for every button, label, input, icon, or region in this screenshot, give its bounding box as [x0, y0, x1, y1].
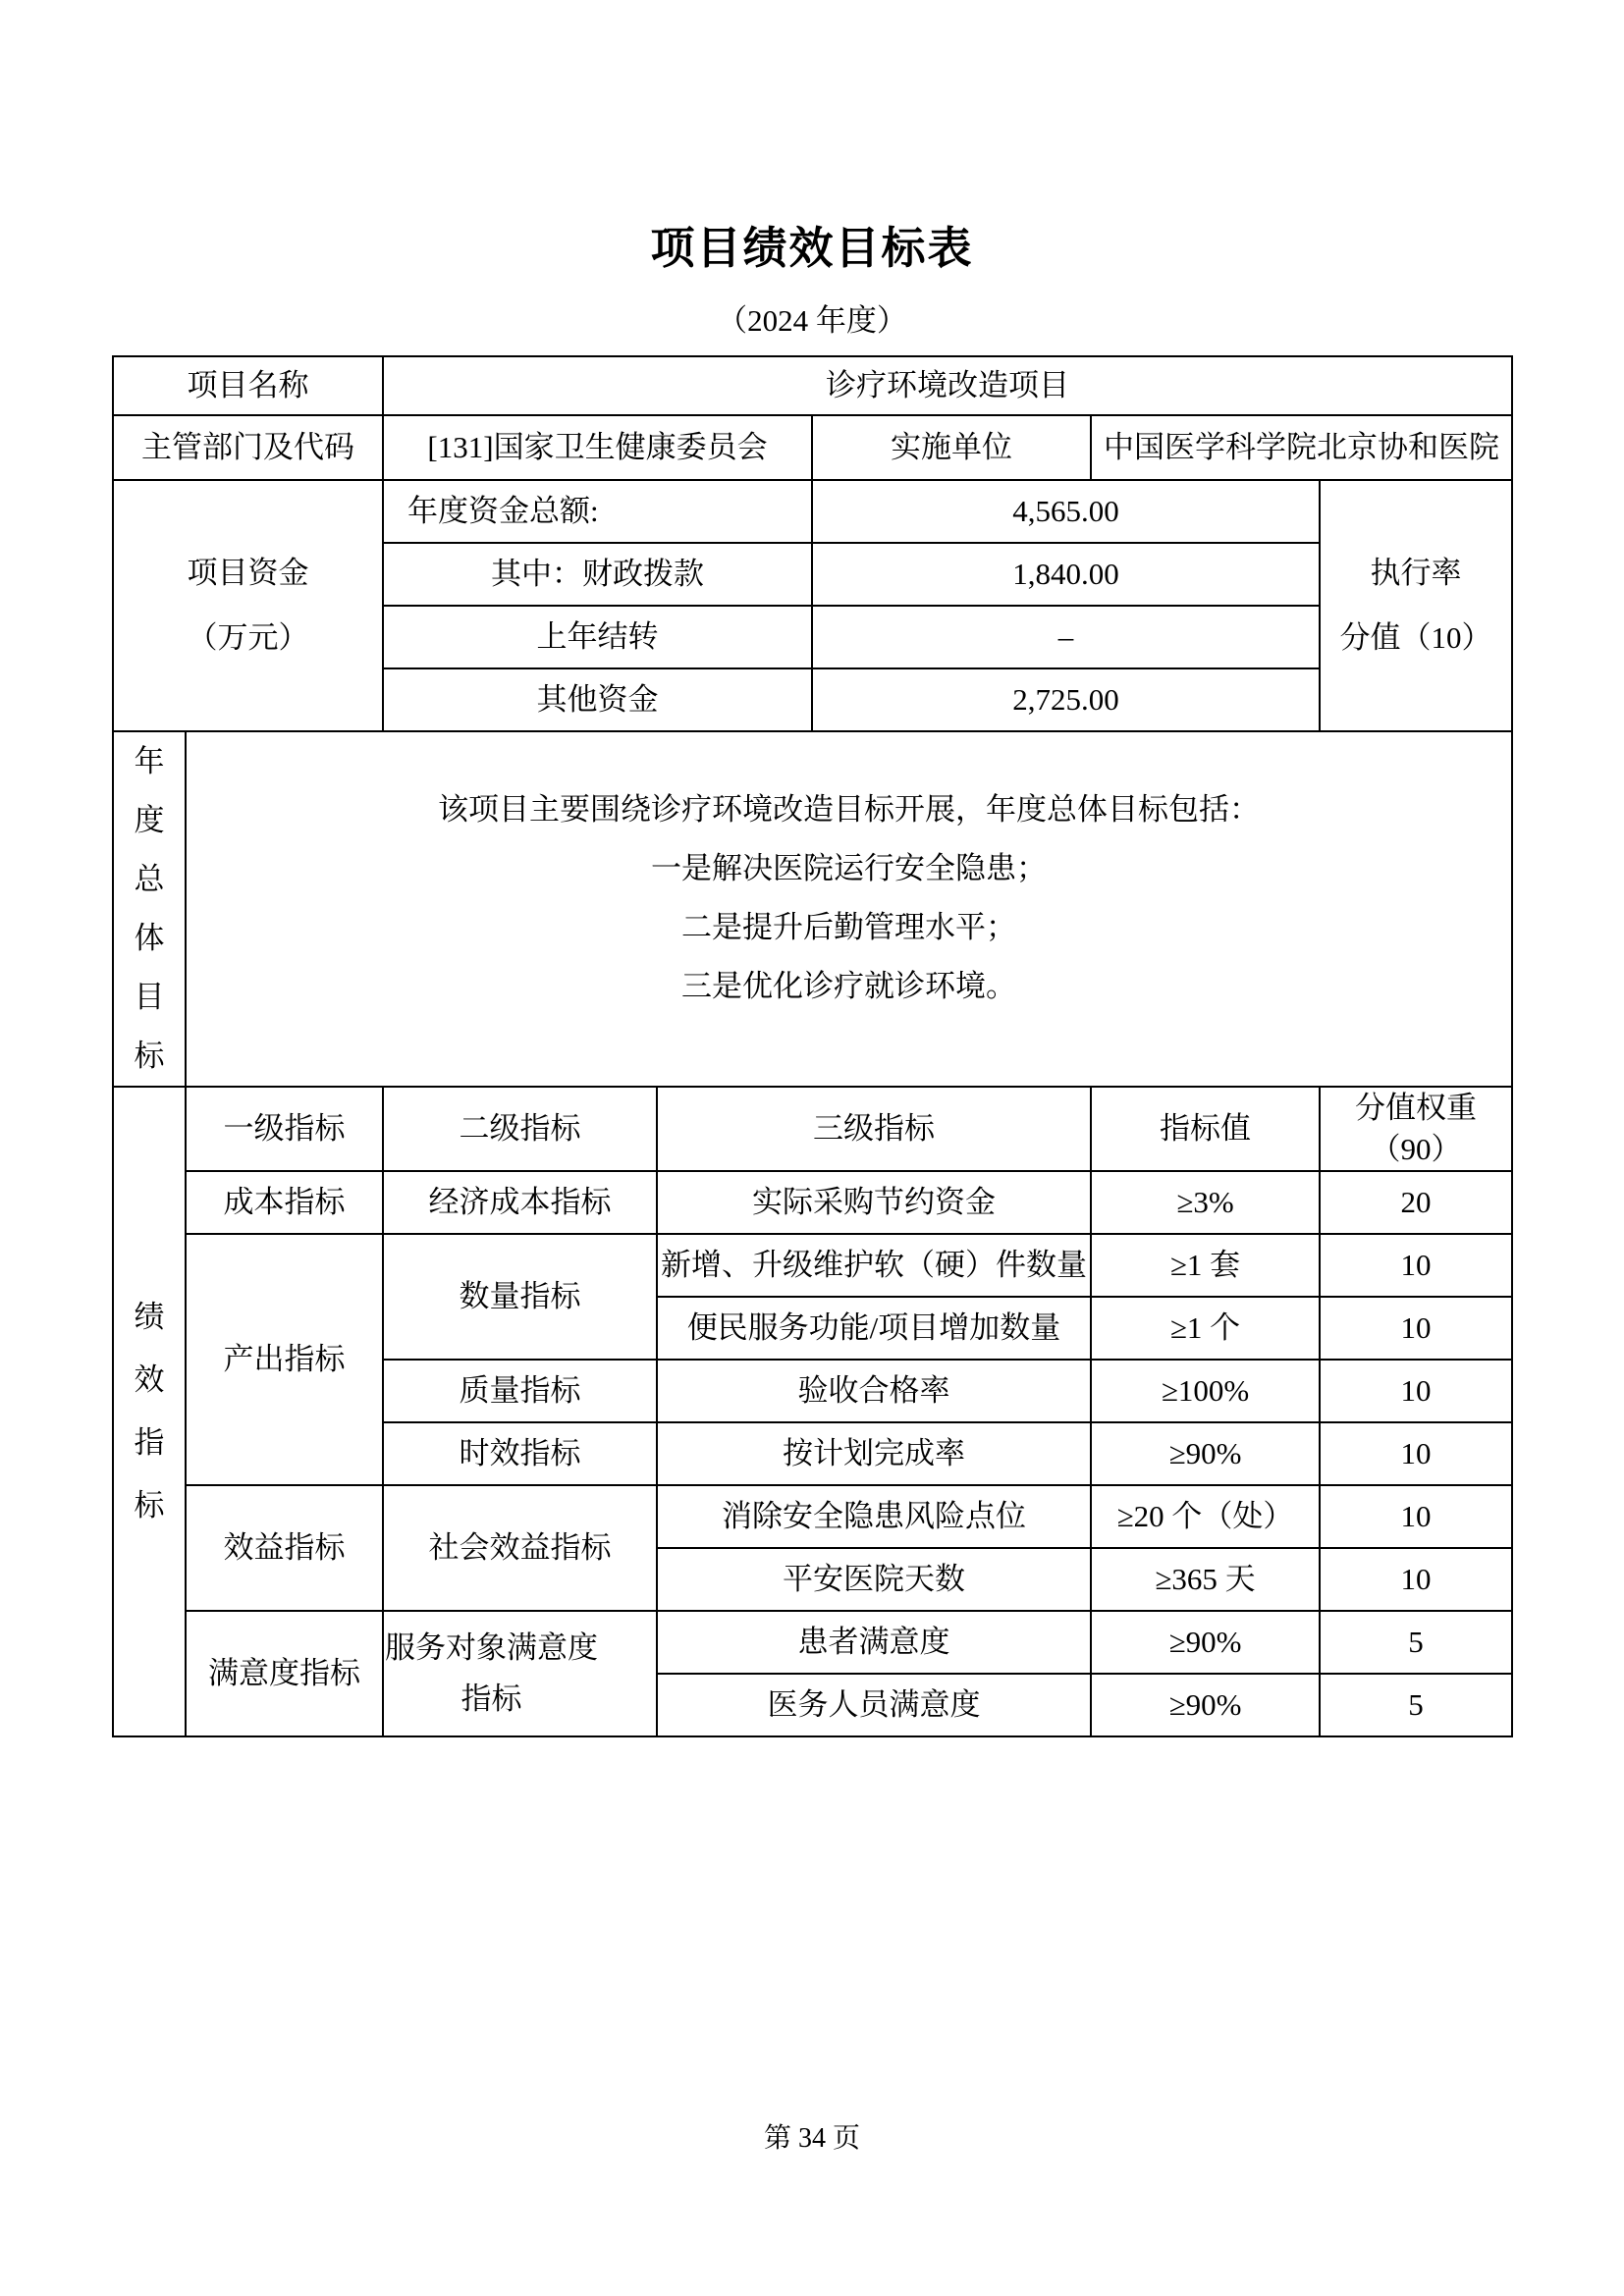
page-number: 第 34 页 [0, 2116, 1624, 2156]
goals-side-char: 度 [135, 805, 165, 836]
fund-value-other: 2,725.00 [812, 668, 1320, 731]
fund-value-fiscal: 1,840.00 [812, 543, 1320, 606]
goals-side-char: 总 [135, 864, 165, 895]
l2-economic-cost: 经济成本指标 [383, 1171, 657, 1234]
indicator-weight: 5 [1320, 1674, 1512, 1736]
annual-goals-content: 该项目主要围绕诊疗环境改造目标开展，年度总体目标包括： 一是解决医院运行安全隐患… [186, 731, 1512, 1087]
indicator-row: 效益指标 社会效益指标 消除安全隐患风险点位 ≥20 个（处） 10 [113, 1485, 1512, 1548]
funds-title-line1: 项目资金 [188, 557, 309, 590]
goal-line: 该项目主要围绕诊疗环境改造目标开展，年度总体目标包括： [187, 791, 1511, 828]
header-level1: 一级指标 [186, 1087, 383, 1171]
project-name-value: 诊疗环境改造项目 [383, 356, 1512, 415]
document-page: 项目绩效目标表 （2024 年度） 项目名称 诊疗环境改造项目 主管部门及代码 … [0, 0, 1624, 2296]
indicator-weight: 10 [1320, 1234, 1512, 1297]
indicator-value: ≥365 天 [1091, 1548, 1320, 1611]
goals-side-char: 体 [135, 923, 165, 954]
funds-title-line2: （万元） [188, 621, 309, 655]
l3-indicator: 验收合格率 [657, 1360, 1091, 1422]
indicator-weight: 10 [1320, 1360, 1512, 1422]
goals-side-char: 年 [135, 746, 165, 777]
goal-line: 三是优化诊疗就诊环境。 [187, 968, 1511, 1005]
funds-title: 项目资金 （万元） [113, 480, 383, 731]
l3-indicator: 消除安全隐患风险点位 [657, 1485, 1091, 1548]
indicators-side-char: 效 [135, 1364, 165, 1396]
header-weight-line1: 分值权重 [1355, 1088, 1477, 1129]
header-level3: 三级指标 [657, 1087, 1091, 1171]
l2-timeliness: 时效指标 [383, 1422, 657, 1485]
header-weight-line2: （90） [1371, 1129, 1462, 1170]
funds-row-total: 项目资金 （万元） 年度资金总额: 4,565.00 执行率 分值（10） [113, 480, 1512, 543]
impl-unit-label: 实施单位 [812, 415, 1091, 480]
indicator-value: ≥1 个 [1091, 1297, 1320, 1360]
l1-satisfaction: 满意度指标 [186, 1611, 383, 1736]
indicator-value: ≥90% [1091, 1422, 1320, 1485]
dept-code-value: [131]国家卫生健康委员会 [383, 415, 812, 480]
l3-indicator: 平安医院天数 [657, 1548, 1091, 1611]
indicators-side-label: 绩 效 指 标 [113, 1087, 186, 1736]
indicators-side-char: 指 [135, 1427, 165, 1459]
performance-target-table: 项目名称 诊疗环境改造项目 主管部门及代码 [131]国家卫生健康委员会 实施单… [112, 355, 1513, 1737]
indicator-weight: 10 [1320, 1485, 1512, 1548]
indicator-weight: 10 [1320, 1422, 1512, 1485]
project-name-row: 项目名称 诊疗环境改造项目 [113, 356, 1512, 415]
goal-line: 二是提升后勤管理水平； [187, 909, 1511, 946]
indicator-value: ≥3% [1091, 1171, 1320, 1234]
header-level2: 二级指标 [383, 1087, 657, 1171]
page-title: 项目绩效目标表 [0, 212, 1624, 276]
execution-rate-line2: 分值（10） [1340, 621, 1492, 655]
annual-goals-side-label: 年 度 总 体 目 标 [113, 731, 186, 1087]
goals-side-char: 目 [135, 982, 165, 1013]
goal-line: 一是解决医院运行安全隐患； [187, 850, 1511, 887]
indicator-value: ≥1 套 [1091, 1234, 1320, 1297]
l1-output: 产出指标 [186, 1234, 383, 1485]
execution-rate-line1: 执行率 [1371, 557, 1462, 590]
goals-side-char: 标 [135, 1041, 165, 1072]
l3-indicator: 按计划完成率 [657, 1422, 1091, 1485]
l3-indicator: 实际采购节约资金 [657, 1171, 1091, 1234]
execution-rate-cell: 执行率 分值（10） [1320, 480, 1512, 731]
fund-label-carryover: 上年结转 [383, 606, 812, 668]
fund-value-carryover: – [812, 606, 1320, 668]
l2-social-benefit: 社会效益指标 [383, 1485, 657, 1611]
header-value: 指标值 [1091, 1087, 1320, 1171]
indicator-value: ≥90% [1091, 1611, 1320, 1674]
indicators-header-row: 绩 效 指 标 一级指标 二级指标 三级指标 指标值 分值权重 （90） [113, 1087, 1512, 1171]
fund-label-fiscal: 其中：财政拨款 [383, 543, 812, 606]
l1-cost: 成本指标 [186, 1171, 383, 1234]
l3-indicator: 便民服务功能/项目增加数量 [657, 1297, 1091, 1360]
indicator-row: 产出指标 数量指标 新增、升级维护软（硬）件数量 ≥1 套 10 [113, 1234, 1512, 1297]
l3-indicator: 患者满意度 [657, 1611, 1091, 1674]
fund-label-total: 年度资金总额: [383, 480, 812, 543]
indicator-weight: 10 [1320, 1297, 1512, 1360]
department-row: 主管部门及代码 [131]国家卫生健康委员会 实施单位 中国医学科学院北京协和医… [113, 415, 1512, 480]
annual-goals-row: 年 度 总 体 目 标 该项目主要围绕诊疗环境改造目标开展，年度总体目标包括： … [113, 731, 1512, 1087]
indicator-weight: 20 [1320, 1171, 1512, 1234]
fund-value-total: 4,565.00 [812, 480, 1320, 543]
dept-code-label: 主管部门及代码 [113, 415, 383, 480]
l2-service-satisfaction: 服务对象满意度指标 [383, 1611, 657, 1736]
project-name-label: 项目名称 [113, 356, 383, 415]
l1-benefit: 效益指标 [186, 1485, 383, 1611]
indicator-row: 满意度指标 服务对象满意度指标 患者满意度 ≥90% 5 [113, 1611, 1512, 1674]
indicator-row: 成本指标 经济成本指标 实际采购节约资金 ≥3% 20 [113, 1171, 1512, 1234]
indicators-side-char: 绩 [135, 1302, 165, 1333]
impl-unit-value: 中国医学科学院北京协和医院 [1091, 415, 1512, 480]
indicator-weight: 5 [1320, 1611, 1512, 1674]
l3-indicator: 新增、升级维护软（硬）件数量 [657, 1234, 1091, 1297]
indicator-value: ≥20 个（处） [1091, 1485, 1320, 1548]
indicators-side-char: 标 [135, 1490, 165, 1522]
fund-label-other: 其他资金 [383, 668, 812, 731]
l2-quality: 质量指标 [383, 1360, 657, 1422]
page-subtitle: （2024 年度） [0, 295, 1624, 340]
indicator-value: ≥90% [1091, 1674, 1320, 1736]
indicator-weight: 10 [1320, 1548, 1512, 1611]
header-weight: 分值权重 （90） [1320, 1087, 1512, 1171]
l2-quantity: 数量指标 [383, 1234, 657, 1360]
l3-indicator: 医务人员满意度 [657, 1674, 1091, 1736]
indicator-value: ≥100% [1091, 1360, 1320, 1422]
